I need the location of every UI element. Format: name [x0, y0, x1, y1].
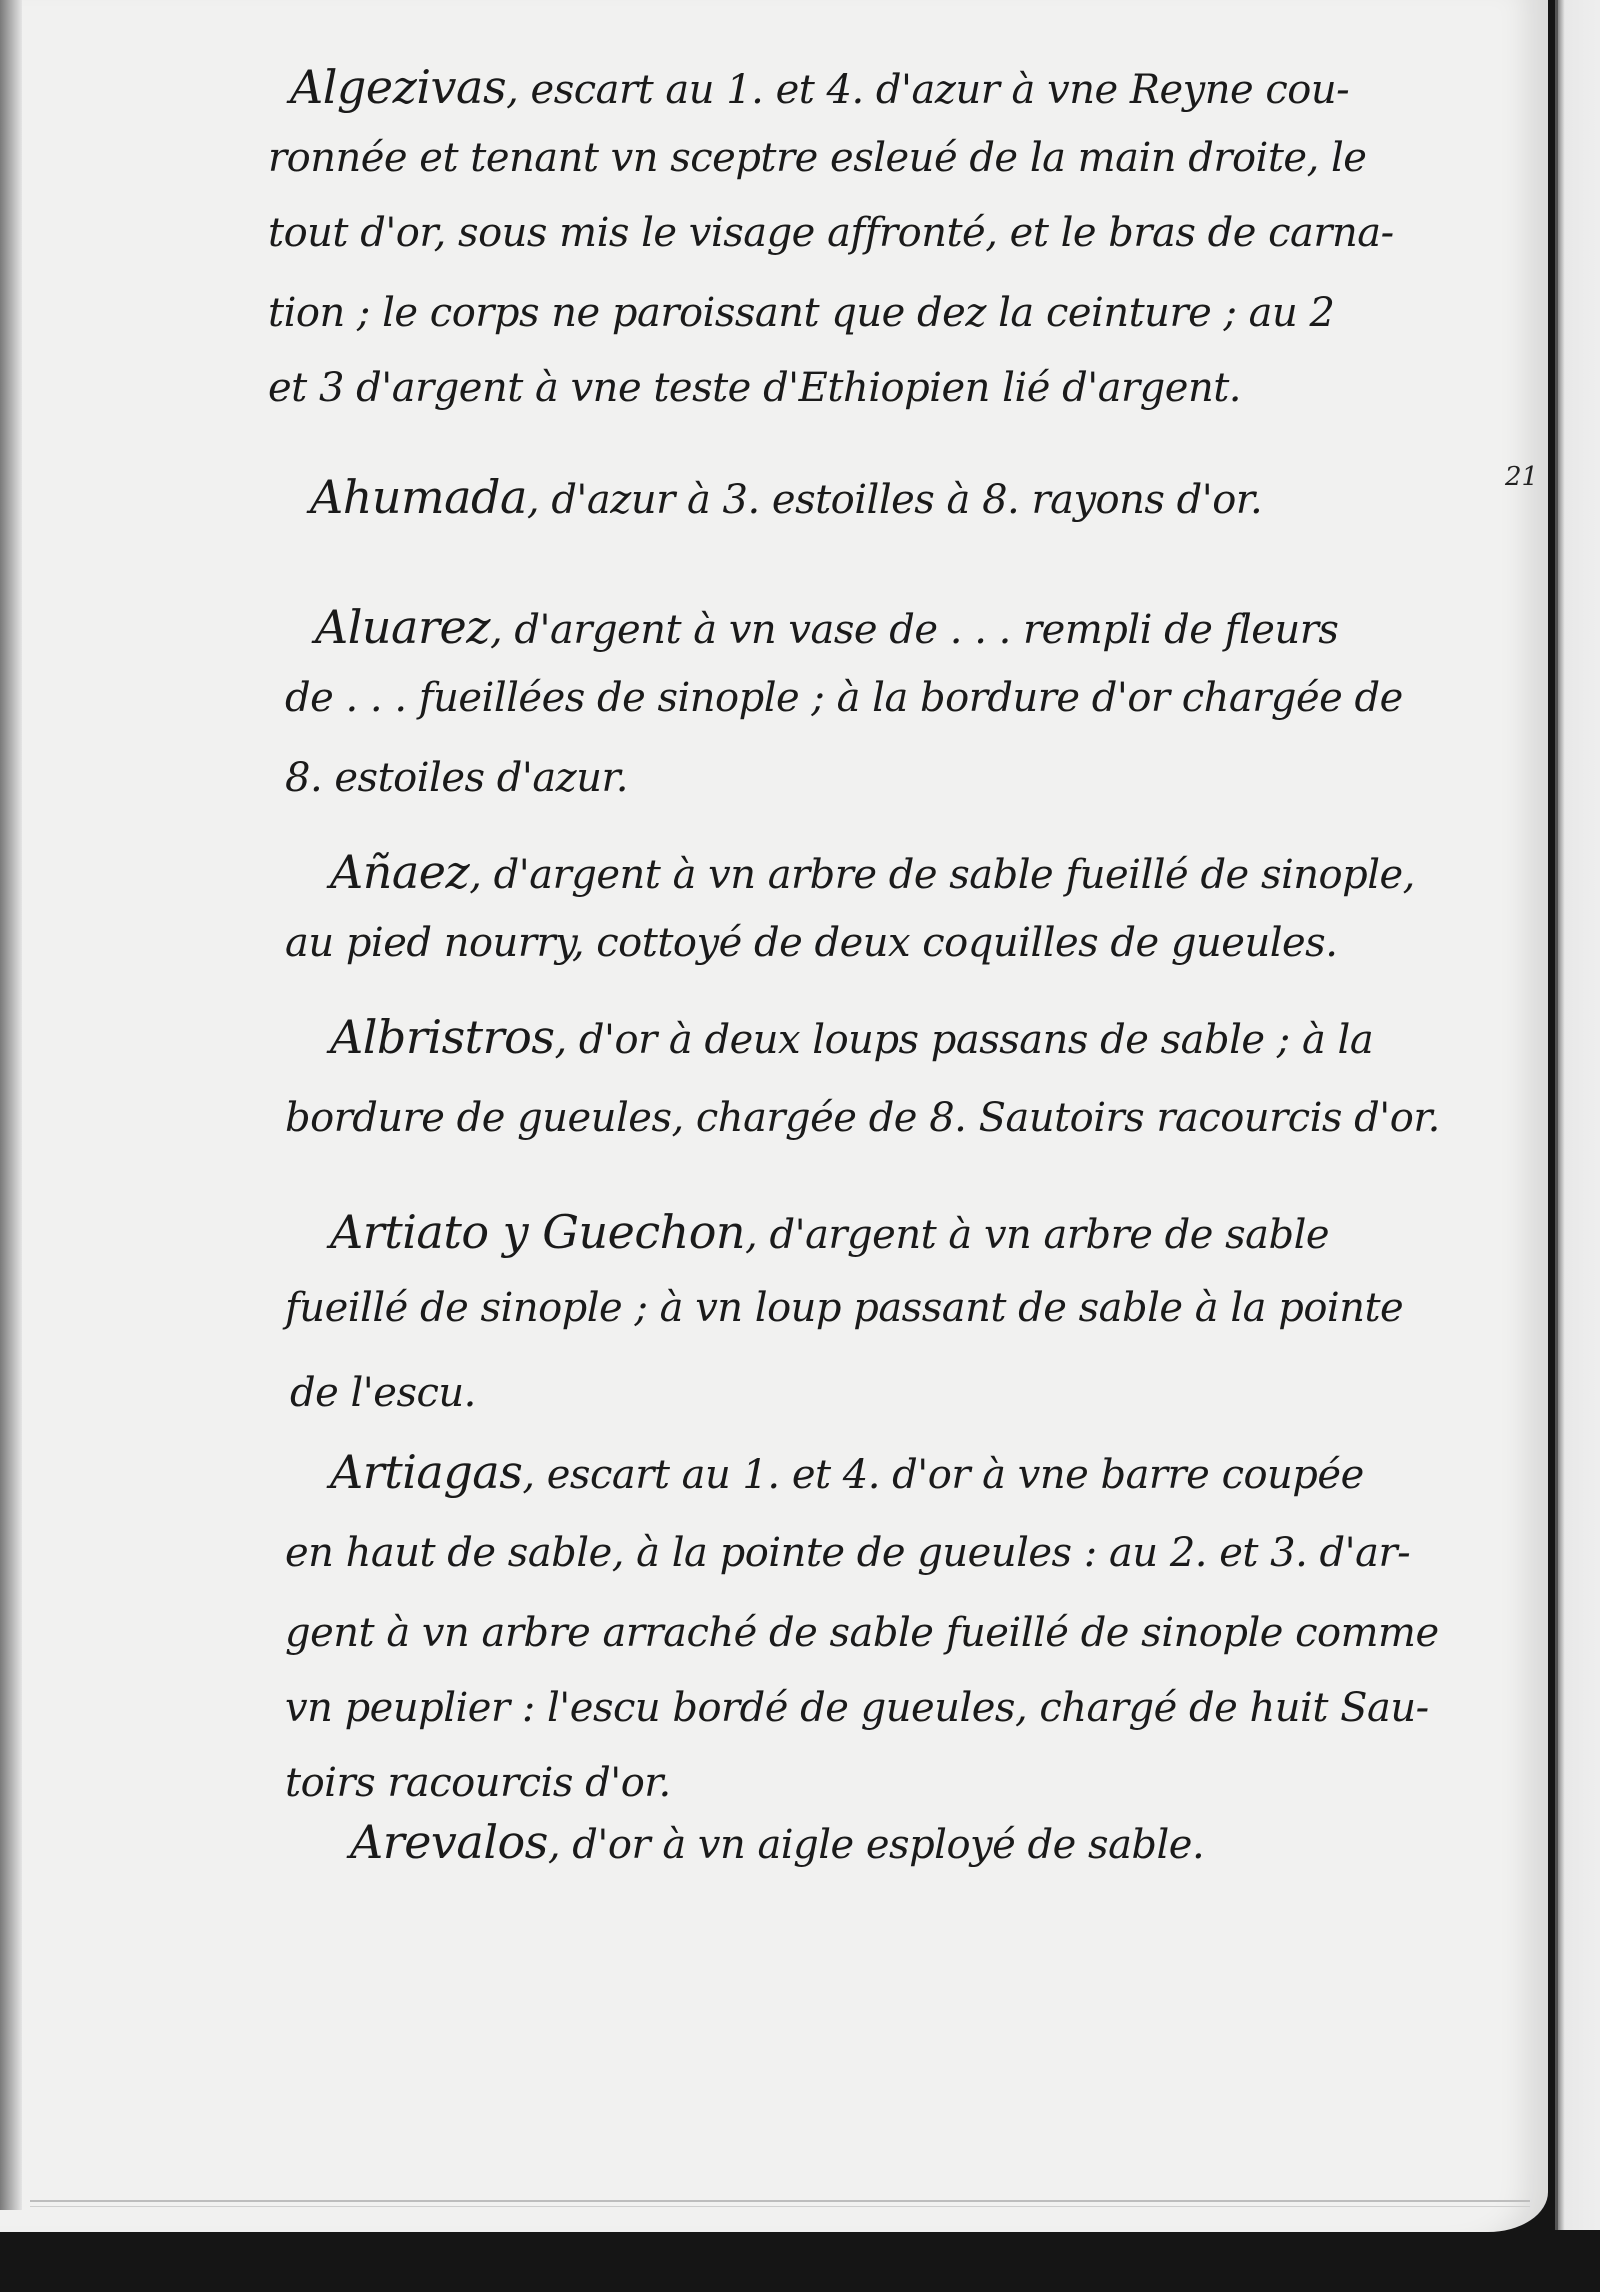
entry-name: Algezivas — [290, 60, 506, 114]
entry-artiagas-line-3: gent à vn arbre arraché de sable fueillé… — [285, 1610, 1439, 1656]
entry-artiato-line-2: fueillé de sinople ; à vn loup passant d… — [285, 1285, 1403, 1331]
entry-artiagas-line-4: vn peuplier : l'escu bordé de gueules, c… — [285, 1685, 1429, 1731]
entry-name: Artiagas — [330, 1445, 522, 1499]
entry-name: Ahumada — [310, 470, 527, 524]
page-number: 21 — [1505, 462, 1538, 492]
page-bottom-crease — [30, 2200, 1530, 2207]
entry-artiagas-line-2: en haut de sable, à la pointe de gueules… — [285, 1530, 1410, 1576]
manuscript-page: Algezivas, escart au 1. et 4. d'azur à v… — [0, 0, 1548, 2232]
entry-anaez-line-2: au pied nourry, cottoyé de deux coquille… — [285, 920, 1337, 966]
entry-artiagas-line-5: toirs racourcis d'or. — [285, 1760, 671, 1806]
entry-algezivas-line-2: ronnée et tenant vn sceptre esleué de la… — [268, 135, 1366, 181]
entry-artiato-line-3: de l'escu. — [290, 1370, 476, 1416]
entry-arevalos-line-1: Arevalos, d'or à vn aigle esployé de sab… — [350, 1815, 1204, 1869]
entry-ahumada-line-1: Ahumada, d'azur à 3. estoilles à 8. rayo… — [310, 470, 1262, 524]
entry-algezivas-line-1: Algezivas, escart au 1. et 4. d'azur à v… — [290, 60, 1349, 114]
entry-albristros-line-2: bordure de gueules, chargée de 8. Sautoi… — [285, 1095, 1440, 1141]
entry-aluarez-line-2: de . . . fueillées de sinople ; à la bor… — [285, 675, 1403, 721]
entry-algezivas-line-4: tion ; le corps ne paroissant que dez la… — [268, 290, 1334, 336]
entry-algezivas-line-5: et 3 d'argent à vne teste d'Ethiopien li… — [268, 365, 1241, 411]
entry-anaez-line-1: Añaez, d'argent à vn arbre de sable fuei… — [330, 845, 1415, 899]
entry-artiato-line-1: Artiato y Guechon, d'argent à vn arbre d… — [330, 1205, 1329, 1259]
entry-aluarez-line-3: 8. estoiles d'azur. — [285, 755, 628, 801]
entry-name: Artiato y Guechon — [330, 1205, 745, 1259]
entry-name: Albristros — [330, 1010, 554, 1064]
adjacent-page-edge — [1555, 0, 1600, 2230]
entry-algezivas-line-3: tout d'or, sous mis le visage affronté, … — [268, 210, 1394, 256]
entry-artiagas-line-1: Artiagas, escart au 1. et 4. d'or à vne … — [330, 1445, 1364, 1499]
entry-name: Arevalos — [350, 1815, 548, 1869]
entry-albristros-line-1: Albristros, d'or à deux loups passans de… — [330, 1010, 1373, 1064]
page-binding-edge — [0, 0, 22, 2210]
entry-name: Añaez — [330, 845, 469, 899]
entry-aluarez-line-1: Aluarez, d'argent à vn vase de . . . rem… — [315, 600, 1338, 654]
entry-name: Aluarez — [315, 600, 490, 654]
